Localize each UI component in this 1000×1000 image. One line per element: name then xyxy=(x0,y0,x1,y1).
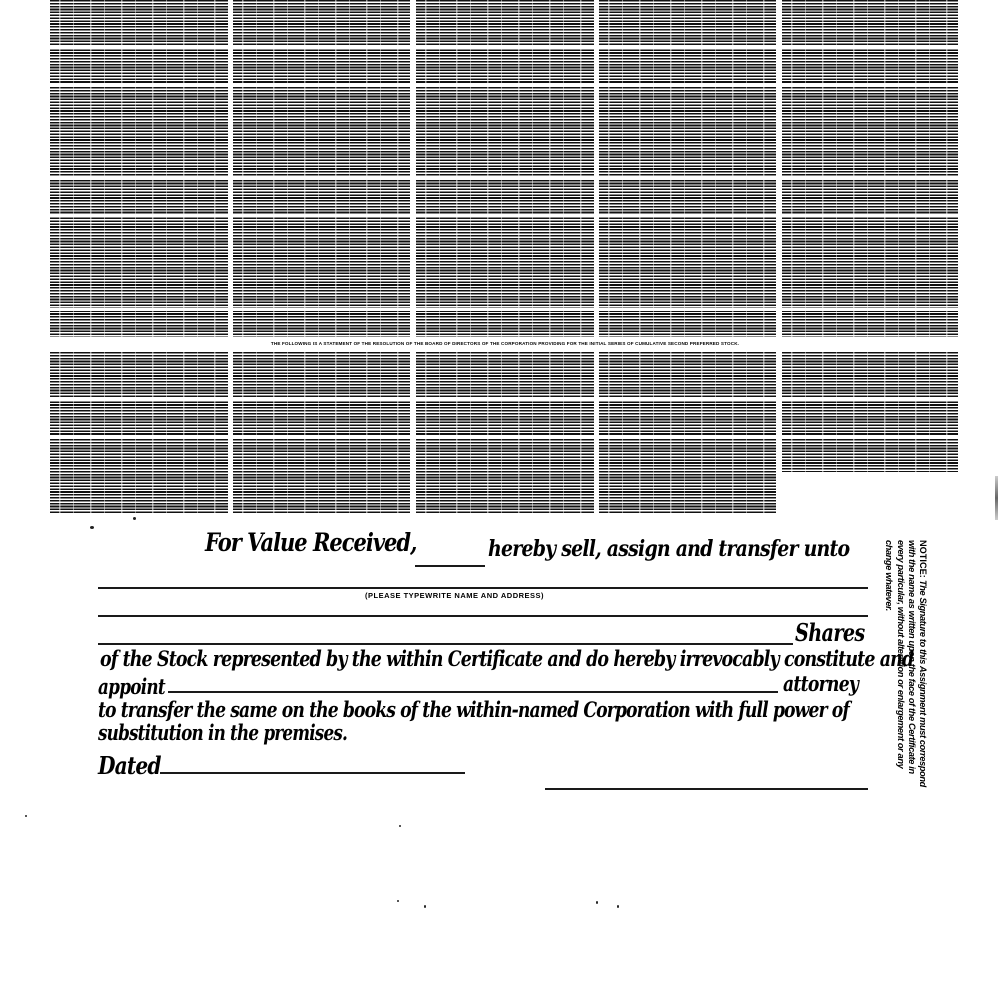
dated-label: Dated xyxy=(98,754,161,778)
shares-count-line[interactable] xyxy=(98,643,793,645)
terms-column-1-upper xyxy=(50,0,228,337)
scan-edge-mark xyxy=(995,476,998,520)
scan-speck xyxy=(617,905,619,908)
assignee-address-line[interactable] xyxy=(98,615,868,617)
signature-notice: NOTICE: The Signature to this Assignment… xyxy=(883,540,928,790)
stock-represented-text: of the Stock represented by the within C… xyxy=(100,648,913,669)
scan-speck xyxy=(399,825,401,827)
shares-label: Shares xyxy=(795,621,865,645)
transfer-clause-text: hereby sell, assign and transfer unto xyxy=(488,538,849,560)
terms-column-5-lower xyxy=(782,352,958,472)
assignee-name-line[interactable] xyxy=(98,587,868,589)
scan-speck xyxy=(25,815,27,817)
attorney-label: attorney xyxy=(783,673,858,694)
certificate-reverse-page: THE FOLLOWING IS A STATEMENT OF THE RESO… xyxy=(0,0,1000,1000)
scan-speck xyxy=(397,900,399,902)
terms-column-3-upper xyxy=(416,0,594,337)
resolution-heading: THE FOLLOWING IS A STATEMENT OF THE RESO… xyxy=(50,340,960,348)
terms-column-5-upper xyxy=(782,0,958,337)
assignor-blank-line[interactable] xyxy=(415,565,485,567)
date-line[interactable] xyxy=(160,772,465,774)
signature-line[interactable] xyxy=(545,788,868,790)
scan-speck xyxy=(596,901,598,904)
scan-speck xyxy=(424,905,426,908)
for-value-received-text: For Value Received, xyxy=(205,530,416,555)
attorney-name-line[interactable] xyxy=(168,691,778,693)
substitution-text: substitution in the premises. xyxy=(98,722,347,743)
terms-column-4-upper xyxy=(599,0,776,337)
terms-column-2-upper xyxy=(233,0,410,337)
terms-column-3-lower xyxy=(416,352,594,514)
terms-column-4-lower xyxy=(599,352,776,514)
terms-column-1-lower xyxy=(50,352,228,514)
scan-speck xyxy=(90,526,94,529)
appoint-label: appoint xyxy=(98,676,165,697)
typewrite-name-caption: (PLEASE TYPEWRITE NAME AND ADDRESS) xyxy=(365,591,544,600)
transfer-books-text: to transfer the same on the books of the… xyxy=(98,699,849,720)
scan-speck xyxy=(133,517,136,520)
terms-column-2-lower xyxy=(233,352,410,514)
notice-lead: NOTICE: xyxy=(918,540,928,578)
notice-body: The Signature to this Assignment must co… xyxy=(884,540,928,787)
